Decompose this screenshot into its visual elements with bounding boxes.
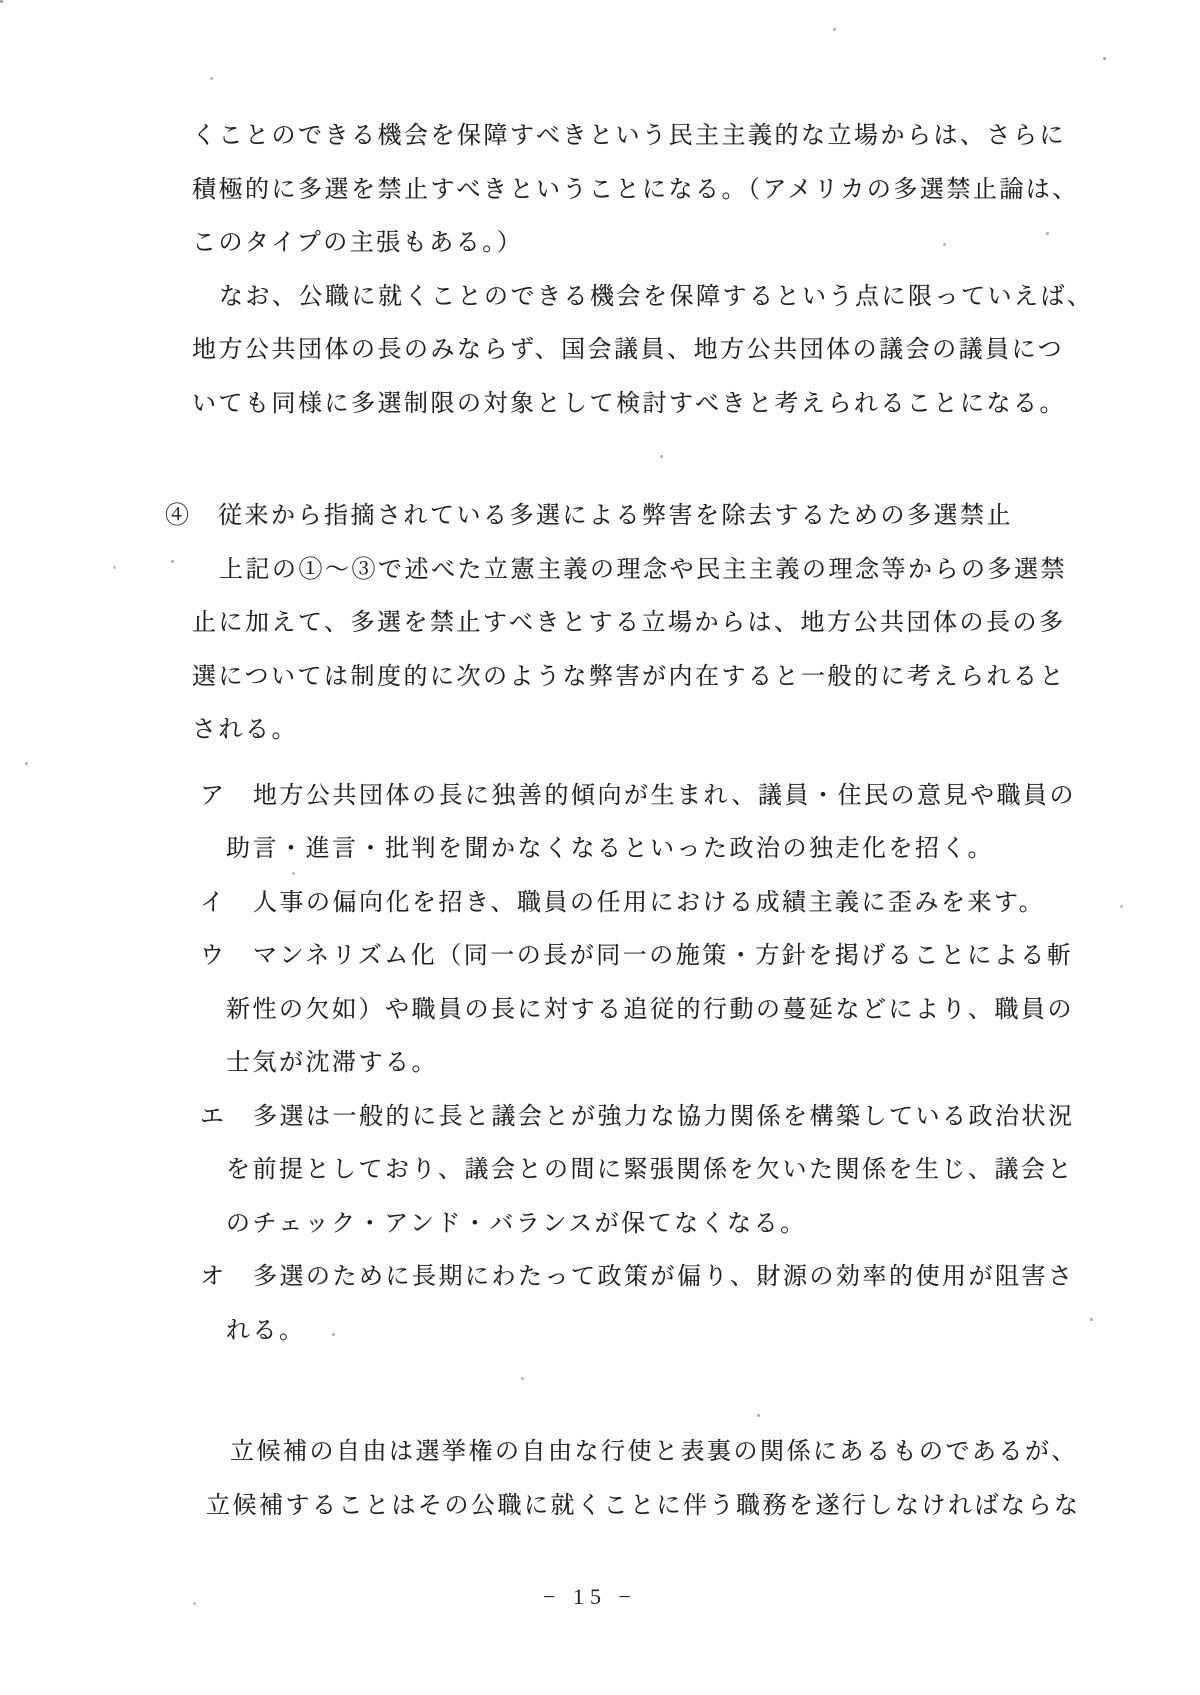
text-line: 立候補することはその公職に就くことに伴う職務を遂行しなければならな bbox=[0, 1480, 1200, 1534]
page-number: − 15 − bbox=[0, 1570, 1190, 1624]
text-line: くことのできる機会を保障すべきという民主主義的な立場からは、さらに bbox=[0, 110, 1200, 164]
text-line: ウ マンネリズム化（同一の長が同一の施策・方針を掲げることによる斬 bbox=[0, 930, 1200, 984]
text-line: イ 人事の偏向化を招き、職員の任用における成績主義に歪みを来す。 bbox=[0, 877, 1200, 931]
text-line: いても同様に多選制限の対象として検討すべきと考えられることになる。 bbox=[0, 378, 1200, 432]
text-line: 積極的に多選を禁止すべきということになる。（アメリカの多選禁止論は、 bbox=[0, 164, 1200, 218]
text-line: ④ 従来から指摘されている多選による弊害を除去するための多選禁止 bbox=[0, 490, 1200, 544]
text-line: なお、公職に就くことのできる機会を保障するという点に限っていえば、 bbox=[0, 271, 1200, 325]
document-body: くことのできる機会を保障すべきという民主主義的な立場からは、さらに積極的に多選を… bbox=[0, 0, 1200, 1624]
text-line: 助言・進言・批判を聞かなくなるといった政治の独走化を招く。 bbox=[0, 823, 1200, 877]
text-line: 士気が沈滞する。 bbox=[0, 1037, 1200, 1091]
text-line: 止に加えて、多選を禁止すべきとする立場からは、地方公共団体の長の多 bbox=[0, 597, 1200, 651]
text-line: エ 多選は一般的に長と議会とが強力な協力関係を構築している政治状況 bbox=[0, 1091, 1200, 1145]
text-line: 立候補の自由は選挙権の自由な行使と表裏の関係にあるものであるが、 bbox=[0, 1426, 1200, 1480]
text-line: 新性の欠如）や職員の長に対する追従的行動の蔓延などにより、職員の bbox=[0, 984, 1200, 1038]
text-line: を前提としており、議会との間に緊張関係を欠いた関係を生じ、議会と bbox=[0, 1144, 1200, 1198]
text-line: れる。 bbox=[0, 1305, 1200, 1359]
text-line: ア 地方公共団体の長に独善的傾向が生まれ、議員・住民の意見や職員の bbox=[0, 770, 1200, 824]
text-line: 選については制度的に次のような弊害が内在すると一般的に考えられると bbox=[0, 651, 1200, 705]
scanned-page: くことのできる機会を保障すべきという民主主義的な立場からは、さらに積極的に多選を… bbox=[0, 0, 1200, 1695]
text-line: このタイプの主張もある。） bbox=[0, 217, 1200, 271]
text-line: される。 bbox=[0, 704, 1200, 758]
text-line: オ 多選のために長期にわたって政策が偏り、財源の効率的使用が阻害さ bbox=[0, 1251, 1200, 1305]
text-line: のチェック・アンド・バランスが保てなくなる。 bbox=[0, 1198, 1200, 1252]
text-line: 地方公共団体の長のみならず、国会議員、地方公共団体の議会の議員につ bbox=[0, 324, 1200, 378]
text-line: 上記の①～③で述べた立憲主義の理念や民主主義の理念等からの多選禁 bbox=[0, 544, 1200, 598]
